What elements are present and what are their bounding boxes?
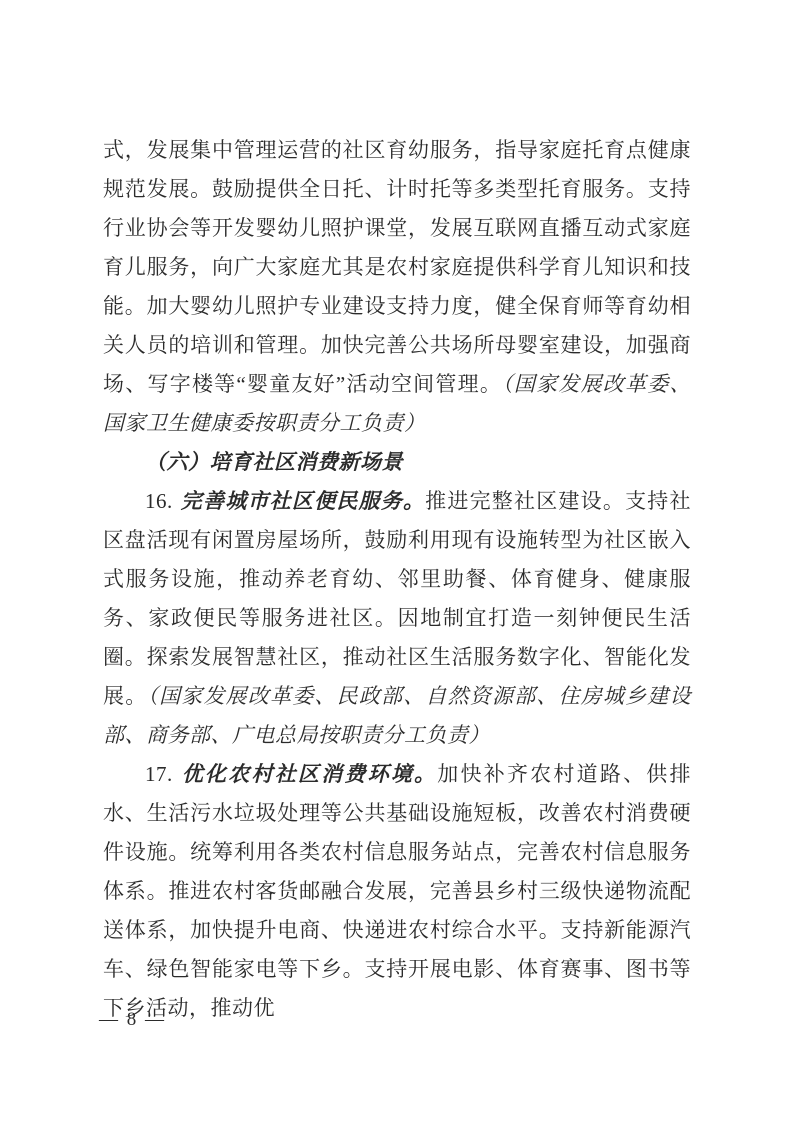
- item-16-responsibility-attribution: （国家发展改革委、民政部、自然资源部、住房城乡建设部、商务部、广电总局按职责分工…: [103, 684, 691, 747]
- item-17-number: 17.: [145, 762, 173, 786]
- paragraph-item-17: 17.优化农村社区消费环境。加快补齐农村道路、供排水、生活污水垃圾处理等公共基础…: [103, 755, 691, 1028]
- section-heading-6: （六）培育社区消费新场景: [103, 443, 691, 482]
- item-17-text: 加快补齐农村道路、供排水、生活污水垃圾处理等公共基础设施短板，改善农村消费硬件设…: [103, 762, 691, 1020]
- paragraph-item-16: 16.完善城市社区便民服务。推进完整社区建设。支持社区盘活现有闲置房屋场所，鼓励…: [103, 482, 691, 755]
- item-16-title: 完善城市社区便民服务。: [180, 489, 425, 513]
- document-body: 式，发展集中管理运营的社区育幼服务，指导家庭托育点健康规范发展。鼓励提供全日托、…: [103, 131, 691, 1028]
- item-17-title: 优化农村社区消费环境。: [180, 762, 437, 786]
- paragraph-continuation-text: 式，发展集中管理运营的社区育幼服务，指导家庭托育点健康规范发展。鼓励提供全日托、…: [103, 138, 691, 396]
- paragraph-continuation: 式，发展集中管理运营的社区育幼服务，指导家庭托育点健康规范发展。鼓励提供全日托、…: [103, 131, 691, 443]
- document-page: 式，发展集中管理运营的社区育幼服务，指导家庭托育点健康规范发展。鼓励提供全日托、…: [0, 0, 794, 1123]
- page-number: — 8 —: [99, 1009, 166, 1031]
- item-16-text: 推进完整社区建设。支持社区盘活现有闲置房屋场所，鼓励利用现有设施转型为社区嵌入式…: [103, 489, 691, 708]
- item-16-number: 16.: [145, 489, 173, 513]
